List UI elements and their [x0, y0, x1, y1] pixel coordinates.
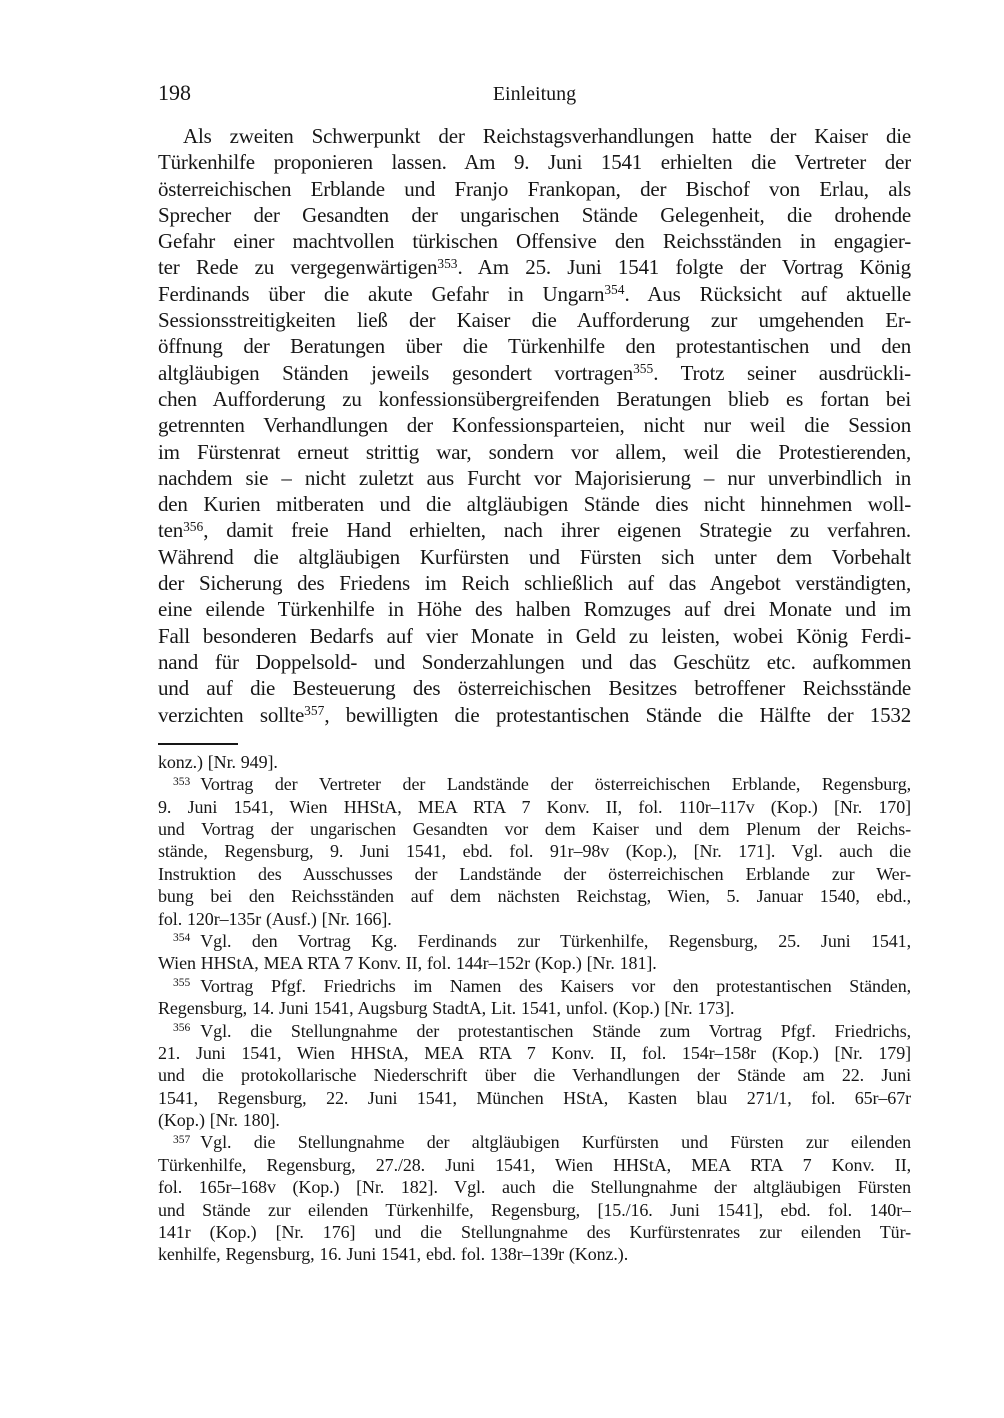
text-line: den Kurien mitberaten und die altgläubig…	[158, 491, 911, 517]
book-page: 198 Einleitung Als zweiten Schwerpunkt d…	[0, 0, 1004, 1418]
footnote-marker: 353	[173, 776, 190, 788]
text-line: getrennten Verhandlungen der Konfessions…	[158, 412, 911, 438]
text-line: öffnung der Beratungen über die Türkenhi…	[158, 333, 911, 359]
text-line: und Vortrag der ungarischen Gesandten vo…	[158, 818, 911, 840]
text-line: Während die altgläubigen Kurfürsten und …	[158, 544, 911, 570]
text-line: stände, Regensburg, 9. Juni 1541, ebd. f…	[158, 840, 911, 862]
text-line: Sprecher der Gesandten der ungarischen S…	[158, 202, 911, 228]
footnote-marker: 353	[437, 256, 457, 271]
text-line: 21. Juni 1541, Wien HHStA, MEA RTA 7 Kon…	[158, 1042, 911, 1064]
text-line: und die protokollarische Niederschrift ü…	[158, 1064, 911, 1086]
footnote-marker: 354	[173, 932, 190, 944]
text-line: Wien HHStA, MEA RTA 7 Konv. II, fol. 144…	[158, 952, 911, 974]
text-line: Sessionsstreitigkeiten ließ der Kaiser d…	[158, 307, 911, 333]
text-line: nand für Doppelsold- und Sonderzahlungen…	[158, 649, 911, 675]
text-line: 141r (Kop.) [Nr. 176] und die Stellungna…	[158, 1221, 911, 1243]
text-block: 198 Einleitung Als zweiten Schwerpunkt d…	[158, 80, 911, 1266]
text-line: fol. 120r–135r (Ausf.) [Nr. 166].	[158, 908, 911, 930]
text-line: 356Vgl. die Stellungnahme der protestant…	[158, 1020, 911, 1042]
text-line: Als zweiten Schwerpunkt der Reichstagsve…	[158, 123, 911, 149]
text-line: 9. Juni 1541, Wien HHStA, MEA RTA 7 Konv…	[158, 796, 911, 818]
text-line: (Kop.) [Nr. 180].	[158, 1109, 911, 1131]
text-line: 354Vgl. den Vortrag Kg. Ferdinands zur T…	[158, 930, 911, 952]
text-line: Instruktion des Ausschusses der Landstän…	[158, 863, 911, 885]
text-line: ten356, damit freie Hand erhielten, nach…	[158, 517, 911, 543]
text-line: chen Aufforderung zu konfessionsübergrei…	[158, 386, 911, 412]
footnote-marker: 357	[304, 703, 324, 718]
text-line: österreichischen Erblande und Franjo Fra…	[158, 176, 911, 202]
running-head-title: Einleitung	[493, 81, 576, 107]
text-line: konz.) [Nr. 949].	[158, 751, 911, 773]
footnote-separator-rule	[158, 743, 238, 745]
text-line: 353Vortrag der Vertreter der Landstände …	[158, 773, 911, 795]
page-header: 198 Einleitung	[158, 80, 911, 108]
main-paragraph: Als zweiten Schwerpunkt der Reichstagsve…	[158, 123, 911, 728]
text-line: Gefahr einer machtvollen türkischen Offe…	[158, 228, 911, 254]
text-line: im Fürstenrat erneut strittig war, sonde…	[158, 439, 911, 465]
footnotes-block: konz.) [Nr. 949].353Vortrag der Vertrete…	[158, 751, 911, 1266]
text-line: 355Vortrag Pfgf. Friedrichs im Namen des…	[158, 975, 911, 997]
text-line: altgläubigen Ständen jeweils gesondert v…	[158, 360, 911, 386]
text-line: 1541, Regensburg, 22. Juni 1541, München…	[158, 1087, 911, 1109]
text-line: und Stände zur eilenden Türkenhilfe, Reg…	[158, 1199, 911, 1221]
footnote-marker: 354	[604, 282, 624, 297]
text-line: und auf die Besteuerung des österreichis…	[158, 675, 911, 701]
text-line: Fall besonderen Bedarfs auf vier Monate …	[158, 623, 911, 649]
text-line: eine eilende Türkenhilfe in Höhe des hal…	[158, 596, 911, 622]
footnote-marker: 355	[633, 361, 653, 376]
text-line: Türkenhilfe, Regensburg, 27./28. Juni 15…	[158, 1154, 911, 1176]
text-line: fol. 165r–168v (Kop.) [Nr. 182]. Vgl. au…	[158, 1176, 911, 1198]
text-line: nachdem sie – nicht zuletzt aus Furcht v…	[158, 465, 911, 491]
footnote-marker: 355	[173, 977, 190, 989]
text-line: Regensburg, 14. Juni 1541, Augsburg Stad…	[158, 997, 911, 1019]
page-number: 198	[158, 80, 191, 106]
text-line: der Sicherung des Friedens im Reich schl…	[158, 570, 911, 596]
footnote-marker: 357	[173, 1134, 190, 1146]
text-line: ter Rede zu vergegenwärtigen353. Am 25. …	[158, 254, 911, 280]
text-line: bung bei den Reichsständen auf dem nächs…	[158, 885, 911, 907]
text-line: Türkenhilfe proponieren lassen. Am 9. Ju…	[158, 149, 911, 175]
text-line: Ferdinands über die akute Gefahr in Unga…	[158, 281, 911, 307]
text-line: verzichten sollte357, bewilligten die pr…	[158, 702, 911, 728]
footnote-marker: 356	[183, 519, 203, 534]
text-line: 357Vgl. die Stellungnahme der altgläubig…	[158, 1131, 911, 1153]
footnote-marker: 356	[173, 1022, 190, 1034]
text-line: kenhilfe, Regensburg, 16. Juni 1541, ebd…	[158, 1243, 911, 1265]
